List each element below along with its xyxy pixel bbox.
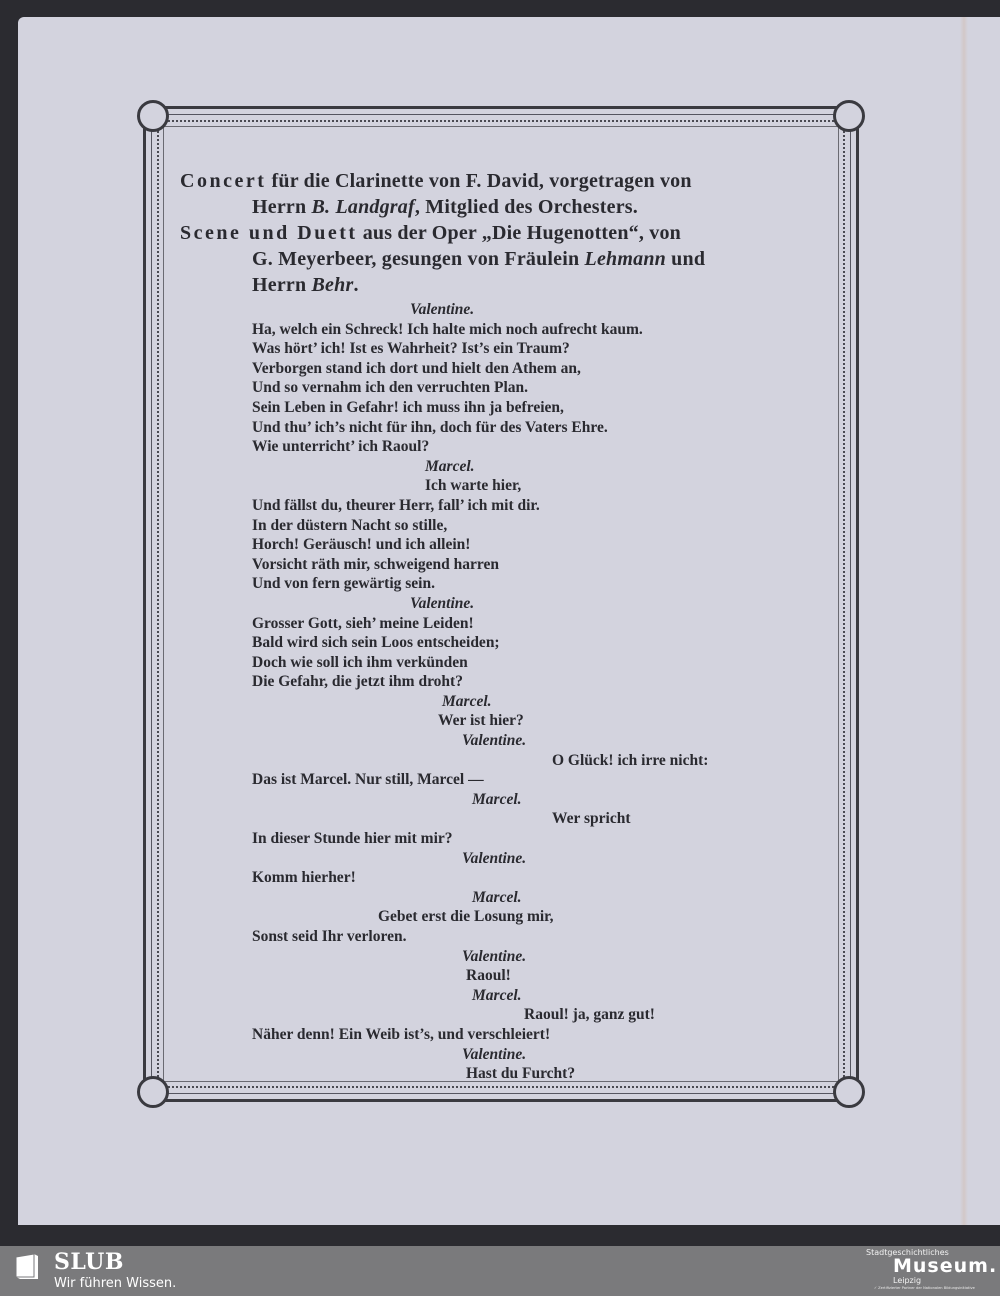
libretto-line: Wer spricht — [180, 809, 820, 829]
libretto-line: Sein Leben in Gefahr! ich muss ihn ja be… — [180, 398, 820, 418]
speaker-name: Marcel. — [180, 457, 820, 477]
libretto-line: Gebet erst die Losung mir, — [180, 907, 820, 927]
slub-brand: SLUB — [54, 1249, 124, 1275]
performer-name: Behr — [312, 274, 354, 296]
program-item-line: Concert für die Clarinette von F. David,… — [180, 168, 820, 194]
performer-name: B. Landgraf — [312, 196, 415, 218]
speaker-name: Valentine. — [180, 731, 820, 751]
libretto-line: Raoul! — [180, 966, 820, 986]
libretto-line: Und von fern gewärtig sein. — [180, 574, 820, 594]
libretto-line: Das ist Marcel. Nur still, Marcel — — [180, 770, 820, 790]
libretto-line: In dieser Stunde hier mit mir? — [180, 829, 820, 849]
program-item-text: und — [666, 248, 705, 270]
museum-city: Leipzig — [893, 1276, 921, 1285]
slub-tagline: Wir führen Wissen. — [54, 1276, 176, 1291]
frame-corner-ornament-icon — [833, 100, 865, 132]
speaker-name: Marcel. — [180, 888, 820, 908]
program-item-line: Scene und Duett aus der Oper „Die Hugeno… — [180, 220, 820, 246]
libretto-line: Die Gefahr, die jetzt ihm droht? — [180, 672, 820, 692]
program-list: Concert für die Clarinette von F. David,… — [180, 168, 820, 298]
libretto-line: O Glück! ich irre nicht: — [180, 751, 820, 771]
libretto-line: Sonst seid Ihr verloren. — [180, 927, 820, 947]
program-item-title: Concert — [180, 170, 266, 192]
libretto-line: Wer ist hier? — [180, 711, 820, 731]
libretto-line: Ha, welch ein Schreck! Ich halte mich no… — [180, 320, 820, 340]
slub-logo-icon — [14, 1253, 40, 1281]
speaker-name: Valentine. — [180, 947, 820, 967]
libretto-line: Näher denn! Ein Weib ist’s, und verschle… — [180, 1025, 820, 1045]
program-item-line: Herrn Behr. — [180, 272, 820, 298]
libretto-line: Doch wie soll ich ihm verkünden — [180, 653, 820, 673]
libretto-line: Hast du Furcht? — [180, 1064, 820, 1084]
libretto-line: Und thu’ ich’s nicht für ihn, doch für d… — [180, 418, 820, 438]
speaker-name: Valentine. — [180, 300, 820, 320]
libretto-line: Bald wird sich sein Loos entscheiden; — [180, 633, 820, 653]
frame-corner-ornament-icon — [833, 1076, 865, 1108]
speaker-name: Marcel. — [180, 790, 820, 810]
program-item-text: , Mitglied des Orchesters. — [415, 196, 638, 218]
museum-name: Museum. — [893, 1255, 997, 1277]
libretto-line: Verborgen stand ich dort und hielt den A… — [180, 359, 820, 379]
program-item-line: G. Meyerbeer, gesungen von Fräulein Lehm… — [180, 246, 820, 272]
speaker-name: Valentine. — [180, 1045, 820, 1065]
program-item-text: Herrn — [252, 274, 312, 296]
libretto-line: Raoul! ja, ganz gut! — [180, 1005, 820, 1025]
speaker-name: Valentine. — [180, 849, 820, 869]
program-item-duet: Scene und Duett aus der Oper „Die Hugeno… — [180, 220, 820, 298]
libretto-line: In der düstern Nacht so stille, — [180, 516, 820, 536]
libretto-line: Ich warte hier, — [180, 476, 820, 496]
speaker-name: Valentine. — [180, 594, 820, 614]
frame-corner-ornament-icon — [137, 1076, 169, 1108]
libretto-line: Horch! Geräusch! und ich allein! — [180, 535, 820, 555]
libretto-line: Grosser Gott, sieh’ meine Leiden! — [180, 614, 820, 634]
program-item-concert: Concert für die Clarinette von F. David,… — [180, 168, 820, 220]
libretto-line: Komm hierher! — [180, 868, 820, 888]
page-content: Concert für die Clarinette von F. David,… — [180, 168, 820, 1084]
libretto: Valentine.Ha, welch ein Schreck! Ich hal… — [180, 300, 820, 1084]
libretto-line: Wie unterricht’ ich Raoul? — [180, 437, 820, 457]
libretto-line: Vorsicht räth mir, schweigend harren — [180, 555, 820, 575]
libretto-line: Und so vernahm ich den verruchten Plan. — [180, 378, 820, 398]
page-fold-shadow — [960, 17, 968, 1225]
frame-corner-ornament-icon — [137, 100, 169, 132]
speaker-name: Marcel. — [180, 986, 820, 1006]
speaker-name: Marcel. — [180, 692, 820, 712]
program-item-text: für die Clarinette von F. David, vorgetr… — [266, 170, 691, 192]
libretto-line: Und fällst du, theurer Herr, fall’ ich m… — [180, 496, 820, 516]
performer-name: Lehmann — [585, 248, 666, 270]
program-item-text: Herrn — [252, 196, 312, 218]
program-item-title: Scene und Duett — [180, 222, 358, 244]
program-item-text: G. Meyerbeer, gesungen von Fräulein — [252, 248, 585, 270]
footer-bar: SLUB Wir führen Wissen. Stadtgeschichtli… — [0, 1246, 1000, 1296]
program-item-text: aus der Oper „Die Hugenotten“, von — [358, 222, 682, 244]
program-item-line: Herrn B. Landgraf, Mitglied des Orcheste… — [180, 194, 820, 220]
museum-certification: ✓ Zertifizierter Partner der Nationalen … — [874, 1286, 975, 1290]
program-item-text: . — [353, 274, 358, 296]
libretto-line: Was hört’ ich! Ist es Wahrheit? Ist’s ei… — [180, 339, 820, 359]
